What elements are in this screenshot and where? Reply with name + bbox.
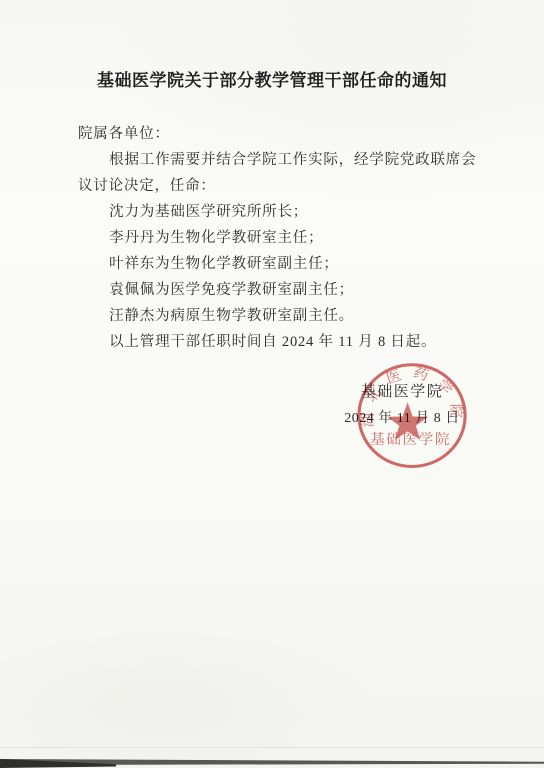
signature-block: 基础医学院 2024 年 11 月 8 日 <box>340 384 464 427</box>
salutation-line: 院属各单位： <box>78 121 484 147</box>
appointment-line: 李丹丹为生物化学教研室主任； <box>78 225 484 251</box>
notice-body: 院属各单位： 根据工作需要并结合学院工作实际，经学院党政联席会 议讨论决定，任命… <box>0 121 544 355</box>
appointment-line: 叶祥东为生物化学教研室副主任； <box>78 251 484 277</box>
opening-line-1: 根据工作需要并结合学院工作实际，经学院党政联席会 <box>78 147 484 173</box>
effective-date-line: 以上管理干部任职时间自 2024 年 11 月 8 日起。 <box>78 329 484 355</box>
signature-date: 2024 年 11 月 8 日 <box>340 411 464 427</box>
seal-bottom-text: 基础医学院 <box>370 430 451 448</box>
notice-title: 基础医学院关于部分教学管理干部任命的通知 <box>0 0 544 91</box>
scan-fold-line <box>0 747 544 748</box>
scanned-notice-page: 基础医学院关于部分教学管理干部任命的通知 院属各单位： 根据工作需要并结合学院工… <box>0 0 544 768</box>
appointment-line: 袁佩佩为医学免疫学教研室副主任； <box>78 277 484 303</box>
signature-org: 基础医学院 <box>340 384 464 400</box>
appointment-line: 沈力为基础医学研究所所长； <box>78 199 484 225</box>
opening-line-2: 议讨论决定，任命： <box>78 173 484 199</box>
appointment-line: 汪静杰为病原生物学教研室副主任。 <box>78 303 484 329</box>
